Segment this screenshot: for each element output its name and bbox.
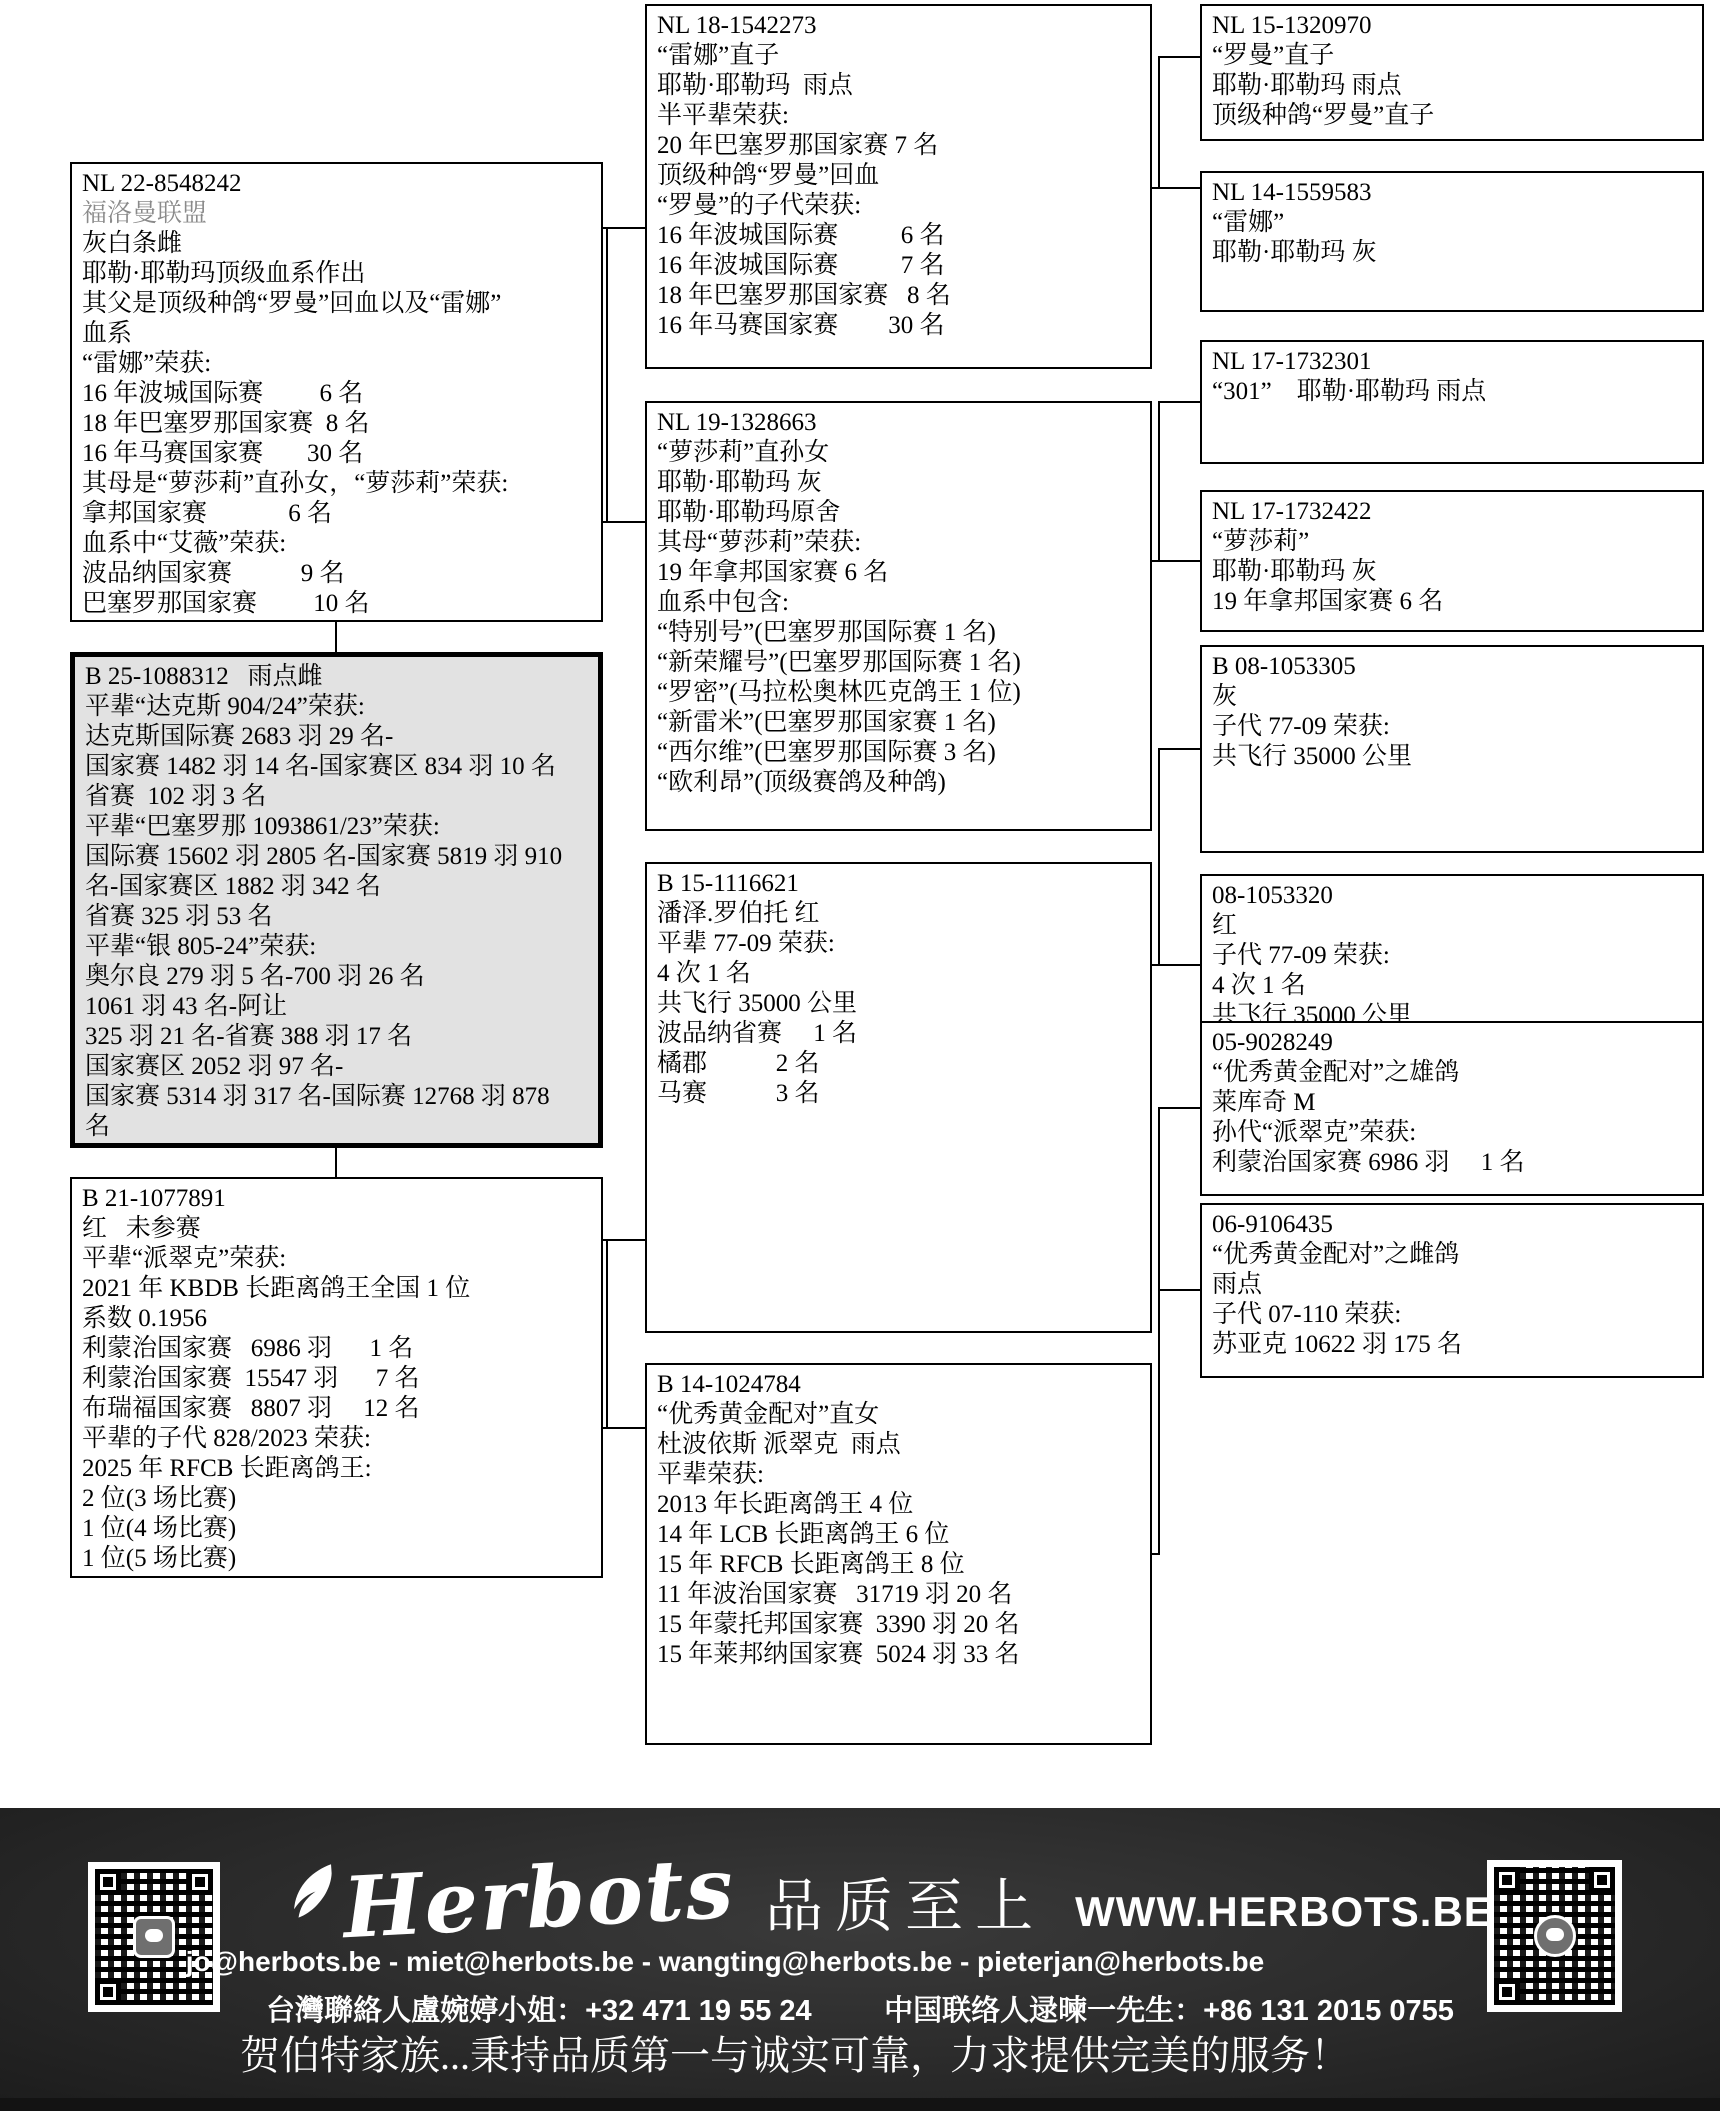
pedigree-line: 15 年蒙托邦国家赛 3390 羽 20 名 bbox=[657, 1610, 1140, 1640]
pedigree-line: 名 bbox=[85, 1112, 588, 1142]
pedigree-line: 16 年马赛国家赛 30 名 bbox=[82, 439, 591, 469]
pedigree-line: 其母是“萝莎莉”直孙女，“萝莎莉”荣获: bbox=[82, 469, 591, 499]
footer-banner: Herbots 品质至上 WWW.HERBOTS.BE jo@herbots.b… bbox=[0, 1808, 1720, 2111]
ring-number: 06-9106435 bbox=[1212, 1210, 1692, 1240]
pedigree-line: 平辈“巴塞罗那 1093861/23”荣获: bbox=[85, 812, 588, 842]
pedigree-line: 血系中包含: bbox=[657, 588, 1140, 618]
pedigree-line: “罗密”(马拉松奥林匹克鸽王 1 位) bbox=[657, 678, 1140, 708]
pedigree-line: 11 年波治国家赛 31719 羽 20 名 bbox=[657, 1580, 1140, 1610]
pedigree-line: 半平辈荣获: bbox=[657, 101, 1140, 131]
pedigree-line: 顶级种鸽“罗曼”回血 bbox=[657, 161, 1140, 191]
connector-line bbox=[335, 622, 337, 652]
qr-finder-icon bbox=[95, 1869, 121, 1895]
contact-spacer bbox=[819, 1995, 877, 2027]
pedigree-box-dam-mother: B 14-1024784“优秀黄金配对”直女杜波依斯 派翠克 雨点平辈荣获:20… bbox=[645, 1363, 1152, 1745]
pedigree-line: “特别号”(巴塞罗那国际赛 1 名) bbox=[657, 618, 1140, 648]
pedigree-line: “西尔维”(巴塞罗那国际赛 3 名) bbox=[657, 738, 1140, 768]
pedigree-line: 平辈的子代 828/2023 荣获: bbox=[82, 1424, 591, 1454]
pedigree-line: “新荣耀号”(巴塞罗那国际赛 1 名) bbox=[657, 648, 1140, 678]
pedigree-line: 子代 77-09 荣获: bbox=[1212, 941, 1692, 971]
ring-number: NL 15-1320970 bbox=[1212, 11, 1692, 41]
pedigree-line: 耶勒·耶勒玛 灰 bbox=[1212, 557, 1692, 587]
pedigree-line: 共飞行 35000 公里 bbox=[1212, 742, 1692, 772]
pedigree-line: 橘郡 2 名 bbox=[657, 1049, 1140, 1079]
pedigree-line: 2025 年 RFCB 长距离鸽王: bbox=[82, 1454, 591, 1484]
pedigree-box-grandparent-4: NL 17-1732422“萝莎莉”耶勒·耶勒玛 灰19 年拿邦国家赛 6 名 bbox=[1200, 490, 1704, 632]
pedigree-line: 4 次 1 名 bbox=[657, 959, 1140, 989]
ring-number: NL 14-1559583 bbox=[1212, 178, 1692, 208]
pedigree-line: 1061 羽 43 名-阿让 bbox=[85, 992, 588, 1022]
pedigree-line: “雷娜”直子 bbox=[657, 41, 1140, 71]
pedigree-line: 利蒙治国家赛 6986 羽 1 名 bbox=[82, 1334, 591, 1364]
connector-line bbox=[1158, 1107, 1160, 1555]
pedigree-line: 系数 0.1956 bbox=[82, 1304, 591, 1334]
pedigree-line: 16 年波城国际赛 7 名 bbox=[657, 251, 1140, 281]
pedigree-line: 2013 年长距离鸽王 4 位 bbox=[657, 1490, 1140, 1520]
ring-number: B 21-1077891 bbox=[82, 1184, 591, 1214]
ring-number: NL 17-1732422 bbox=[1212, 497, 1692, 527]
pedigree-box-grandparent-1: NL 15-1320970“罗曼”直子耶勒·耶勒玛 雨点顶级种鸽“罗曼”直子 bbox=[1200, 4, 1704, 141]
pedigree-line: 耶勒·耶勒玛 雨点 bbox=[657, 71, 1140, 101]
contact-taiwan: 台灣聯絡人盧婉婷小姐：+32 471 19 55 24 bbox=[266, 1995, 812, 2027]
contact-china: 中国联络人逯暕一先生：+86 131 2015 0755 bbox=[884, 1995, 1454, 2027]
pedigree-line: 耶勒·耶勒玛 灰 bbox=[657, 468, 1140, 498]
pedigree-line: 拿邦国家赛 6 名 bbox=[82, 499, 591, 529]
contact-emails: jo@herbots.be - miet@herbots.be - wangti… bbox=[160, 1946, 1290, 1978]
ring-number: NL 18-1542273 bbox=[657, 11, 1140, 41]
connector-line bbox=[603, 521, 645, 523]
pedigree-box-grandparent-2: NL 14-1559583“雷娜”耶勒·耶勒玛 灰 bbox=[1200, 171, 1704, 312]
pedigree-line: 利蒙治国家赛 15547 羽 7 名 bbox=[82, 1364, 591, 1394]
connector-line bbox=[1152, 187, 1200, 189]
pedigree-line: 4 次 1 名 bbox=[1212, 971, 1692, 1001]
pedigree-line: 红 未参赛 bbox=[82, 1214, 591, 1244]
connector-line bbox=[1152, 964, 1200, 966]
pedigree-line: 潘泽.罗伯托 红 bbox=[657, 899, 1140, 929]
connector-line bbox=[1152, 1553, 1160, 1555]
pedigree-line: 国家赛 5314 羽 317 名-国际赛 12768 羽 878 bbox=[85, 1082, 588, 1112]
pedigree-line: 平辈“派翠克”荣获: bbox=[82, 1244, 591, 1274]
contact-phones: 台灣聯絡人盧婉婷小姐：+32 471 19 55 24 中国联络人逯暕一先生：+… bbox=[230, 1988, 1490, 2029]
ring-number: B 15-1116621 bbox=[657, 869, 1140, 899]
qr-finder-icon bbox=[187, 1869, 213, 1895]
pedigree-line: 20 年巴塞罗那国家赛 7 名 bbox=[657, 131, 1140, 161]
qr-finder-icon bbox=[1494, 1979, 1520, 2005]
pedigree-line: 福洛曼联盟 bbox=[82, 199, 591, 229]
footer-bottom-strip bbox=[0, 2098, 1720, 2111]
pedigree-box-dam: B 21-1077891红 未参赛平辈“派翠克”荣获:2021 年 KBDB 长… bbox=[70, 1177, 603, 1578]
wechat-icon bbox=[1534, 1915, 1576, 1957]
pedigree-line: 达克斯国际赛 2683 羽 29 名- bbox=[85, 722, 588, 752]
qr-code-right bbox=[1487, 1860, 1622, 2012]
ring-number: NL 19-1328663 bbox=[657, 408, 1140, 438]
ring-number: NL 22-8548242 bbox=[82, 169, 591, 199]
ring-number: B 25-1088312 雨点雌 bbox=[85, 662, 588, 692]
pedigree-line: 耶勒·耶勒玛 灰 bbox=[1212, 238, 1692, 268]
pedigree-line: 省赛 325 羽 53 名 bbox=[85, 902, 588, 932]
pedigree-line: 16 年波城国际赛 6 名 bbox=[657, 221, 1140, 251]
pedigree-line: 血系中“艾薇”荣获: bbox=[82, 529, 591, 559]
pedigree-box-sire-mother: NL 19-1328663“萝莎莉”直孙女耶勒·耶勒玛 灰耶勒·耶勒玛原舍其母“… bbox=[645, 401, 1152, 831]
qr-finder-icon bbox=[1494, 1867, 1520, 1893]
pedigree-line: 子代 07-110 荣获: bbox=[1212, 1300, 1692, 1330]
pedigree-line: 布瑞福国家赛 8807 羽 12 名 bbox=[82, 1394, 591, 1424]
connector-line bbox=[1158, 401, 1200, 403]
pedigree-line: “罗曼”的子代荣获: bbox=[657, 191, 1140, 221]
pedigree-line: “萝莎莉”直孙女 bbox=[657, 438, 1140, 468]
pedigree-line: 18 年巴塞罗那国家赛 8 名 bbox=[657, 281, 1140, 311]
pedigree-line: “优秀黄金配对”之雄鸽 bbox=[1212, 1058, 1692, 1088]
pedigree-line: 平辈“达克斯 904/24”荣获: bbox=[85, 692, 588, 722]
pedigree-line: 波品纳省赛 1 名 bbox=[657, 1019, 1140, 1049]
connector-line bbox=[606, 1239, 608, 1429]
pedigree-line: 耶勒·耶勒玛顶级血系作出 bbox=[82, 259, 591, 289]
pedigree-line: “罗曼”直子 bbox=[1212, 41, 1692, 71]
connector-line bbox=[1158, 56, 1200, 58]
connector-line bbox=[1158, 56, 1160, 189]
ring-number: B 14-1024784 bbox=[657, 1370, 1140, 1400]
qr-code-left bbox=[88, 1862, 220, 2012]
pedigree-line: 耶勒·耶勒玛 雨点 bbox=[1212, 71, 1692, 101]
herbots-logo: Herbots bbox=[287, 1852, 735, 1944]
pedigree-line: 平辈荣获: bbox=[657, 1460, 1140, 1490]
pedigree-line: 325 羽 21 名-省赛 388 羽 17 名 bbox=[85, 1022, 588, 1052]
pedigree-line: 1 位(5 场比赛) bbox=[82, 1544, 591, 1574]
pedigree-line: 耶勒·耶勒玛原舍 bbox=[657, 498, 1140, 528]
pedigree-document: NL 22-8548242福洛曼联盟灰白条雌耶勒·耶勒玛顶级血系作出其父是顶级种… bbox=[0, 0, 1720, 2111]
ring-number: B 08-1053305 bbox=[1212, 652, 1692, 682]
pedigree-line: 其母“萝莎莉”荣获: bbox=[657, 528, 1140, 558]
pedigree-line: 15 年莱邦纳国家赛 5024 羽 33 名 bbox=[657, 1640, 1140, 1670]
pedigree-line: “301” 耶勒·耶勒玛 雨点 bbox=[1212, 377, 1692, 407]
pedigree-box-subject-highlight: B 25-1088312 雨点雌平辈“达克斯 904/24”荣获:达克斯国际赛 … bbox=[70, 652, 603, 1148]
pedigree-box-grandparent-5: B 08-1053305灰子代 77-09 荣获:共飞行 35000 公里 bbox=[1200, 645, 1704, 853]
connector-line bbox=[1158, 1289, 1200, 1291]
pedigree-line: 奥尔良 279 羽 5 名-700 羽 26 名 bbox=[85, 962, 588, 992]
pedigree-line: 15 年 RFCB 长距离鸽王 8 位 bbox=[657, 1550, 1140, 1580]
pedigree-line: 16 年波城国际赛 6 名 bbox=[82, 379, 591, 409]
pedigree-line: 平辈 77-09 荣获: bbox=[657, 929, 1140, 959]
pedigree-line: 省赛 102 羽 3 名 bbox=[85, 782, 588, 812]
pedigree-line: 18 年巴塞罗那国家赛 8 名 bbox=[82, 409, 591, 439]
pedigree-box-grandparent-3: NL 17-1732301“301” 耶勒·耶勒玛 雨点 bbox=[1200, 340, 1704, 464]
pedigree-box-grandparent-7: 05-9028249“优秀黄金配对”之雄鸽莱库奇 M孙代“派翠克”荣获:利蒙治国… bbox=[1200, 1021, 1704, 1196]
pedigree-box-grandparent-8: 06-9106435“优秀黄金配对”之雌鸽雨点子代 07-110 荣获:苏亚克 … bbox=[1200, 1203, 1704, 1378]
connector-line bbox=[335, 1148, 337, 1177]
connector-line bbox=[1158, 748, 1200, 750]
connector-line bbox=[603, 227, 645, 229]
qr-finder-icon bbox=[95, 1979, 121, 2005]
pedigree-line: 灰白条雌 bbox=[82, 229, 591, 259]
pedigree-box-sire: NL 22-8548242福洛曼联盟灰白条雌耶勒·耶勒玛顶级血系作出其父是顶级种… bbox=[70, 162, 603, 622]
brand-row: Herbots 品质至上 WWW.HERBOTS.BE bbox=[290, 1834, 1490, 1944]
pedigree-line: 2021 年 KBDB 长距离鸽王全国 1 位 bbox=[82, 1274, 591, 1304]
pedigree-line: 1 位(4 场比赛) bbox=[82, 1514, 591, 1544]
pedigree-line: 莱库奇 M bbox=[1212, 1088, 1692, 1118]
pedigree-line: 名-国家赛区 1882 羽 342 名 bbox=[85, 872, 588, 902]
pedigree-line: 国家赛 1482 羽 14 名-国家赛区 834 羽 10 名 bbox=[85, 752, 588, 782]
connector-line bbox=[1158, 401, 1160, 562]
pedigree-line: 杜波依斯 派翠克 雨点 bbox=[657, 1430, 1140, 1460]
ring-number: 08-1053320 bbox=[1212, 881, 1692, 911]
pedigree-line: 国家赛区 2052 羽 97 名- bbox=[85, 1052, 588, 1082]
pedigree-line: 巴塞罗那国家赛 10 名 bbox=[82, 589, 591, 619]
pedigree-line: 利蒙治国家赛 6986 羽 1 名 bbox=[1212, 1148, 1692, 1178]
pedigree-line: 2 位(3 场比赛) bbox=[82, 1484, 591, 1514]
footer-tagline: 贺伯特家族...秉持品质第一与诚实可靠，力求提供完美的服务！ bbox=[160, 2030, 1430, 2082]
pedigree-line: 红 bbox=[1212, 911, 1692, 941]
website-url: WWW.HERBOTS.BE bbox=[1075, 1880, 1493, 1944]
pedigree-line: “雷娜”荣获: bbox=[82, 349, 591, 379]
pedigree-line: 国际赛 15602 羽 2805 名-国家赛 5819 羽 910 bbox=[85, 842, 588, 872]
pedigree-line: 苏亚克 10622 羽 175 名 bbox=[1212, 1330, 1692, 1360]
pedigree-box-dam-father: B 15-1116621潘泽.罗伯托 红平辈 77-09 荣获:4 次 1 名共… bbox=[645, 862, 1152, 1333]
pedigree-box-sire-father: NL 18-1542273“雷娜”直子耶勒·耶勒玛 雨点半平辈荣获:20 年巴塞… bbox=[645, 4, 1152, 369]
pedigree-line: 19 年拿邦国家赛 6 名 bbox=[657, 558, 1140, 588]
pedigree-line: 血系 bbox=[82, 319, 591, 349]
connector-line bbox=[1158, 1107, 1200, 1109]
pedigree-line: 14 年 LCB 长距离鸽王 6 位 bbox=[657, 1520, 1140, 1550]
pedigree-line: “新雷米”(巴塞罗那国家赛 1 名) bbox=[657, 708, 1140, 738]
pedigree-line: 共飞行 35000 公里 bbox=[657, 989, 1140, 1019]
brand-slogan: 品质至上 bbox=[765, 1870, 1045, 1944]
pedigree-line: 顶级种鸽“罗曼”直子 bbox=[1212, 101, 1692, 131]
pedigree-line: “萝莎莉” bbox=[1212, 527, 1692, 557]
connector-line bbox=[1152, 560, 1200, 562]
connector-line bbox=[606, 227, 608, 523]
feather-icon bbox=[282, 1861, 344, 1923]
qr-pattern bbox=[1494, 1867, 1615, 2005]
connector-line bbox=[603, 1239, 645, 1241]
pedigree-line: 平辈“银 805-24”荣获: bbox=[85, 932, 588, 962]
pedigree-line: 其父是顶级种鸽“罗曼”回血以及“雷娜” bbox=[82, 289, 591, 319]
pedigree-line: 19 年拿邦国家赛 6 名 bbox=[1212, 587, 1692, 617]
pedigree-line: 16 年马赛国家赛 30 名 bbox=[657, 311, 1140, 341]
pedigree-line: 雨点 bbox=[1212, 1270, 1692, 1300]
pedigree-line: “欧利昂”(顶级赛鸽及种鸽) bbox=[657, 768, 1140, 798]
connector-line bbox=[1158, 748, 1160, 966]
ring-number: NL 17-1732301 bbox=[1212, 347, 1692, 377]
pedigree-line: 孙代“派翠克”荣获: bbox=[1212, 1118, 1692, 1148]
brand-name: Herbots bbox=[341, 1842, 737, 1954]
pedigree-line: “优秀黄金配对”直女 bbox=[657, 1400, 1140, 1430]
pedigree-line: “优秀黄金配对”之雌鸽 bbox=[1212, 1240, 1692, 1270]
pedigree-line: 波品纳国家赛 9 名 bbox=[82, 559, 591, 589]
pedigree-line: 马赛 3 名 bbox=[657, 1079, 1140, 1109]
qr-pattern bbox=[95, 1869, 213, 2005]
pedigree-line: 灰 bbox=[1212, 682, 1692, 712]
pedigree-line: “雷娜” bbox=[1212, 208, 1692, 238]
qr-finder-icon bbox=[1589, 1867, 1615, 1893]
connector-line bbox=[603, 1427, 645, 1429]
pedigree-line: 子代 77-09 荣获: bbox=[1212, 712, 1692, 742]
ring-number: 05-9028249 bbox=[1212, 1028, 1692, 1058]
